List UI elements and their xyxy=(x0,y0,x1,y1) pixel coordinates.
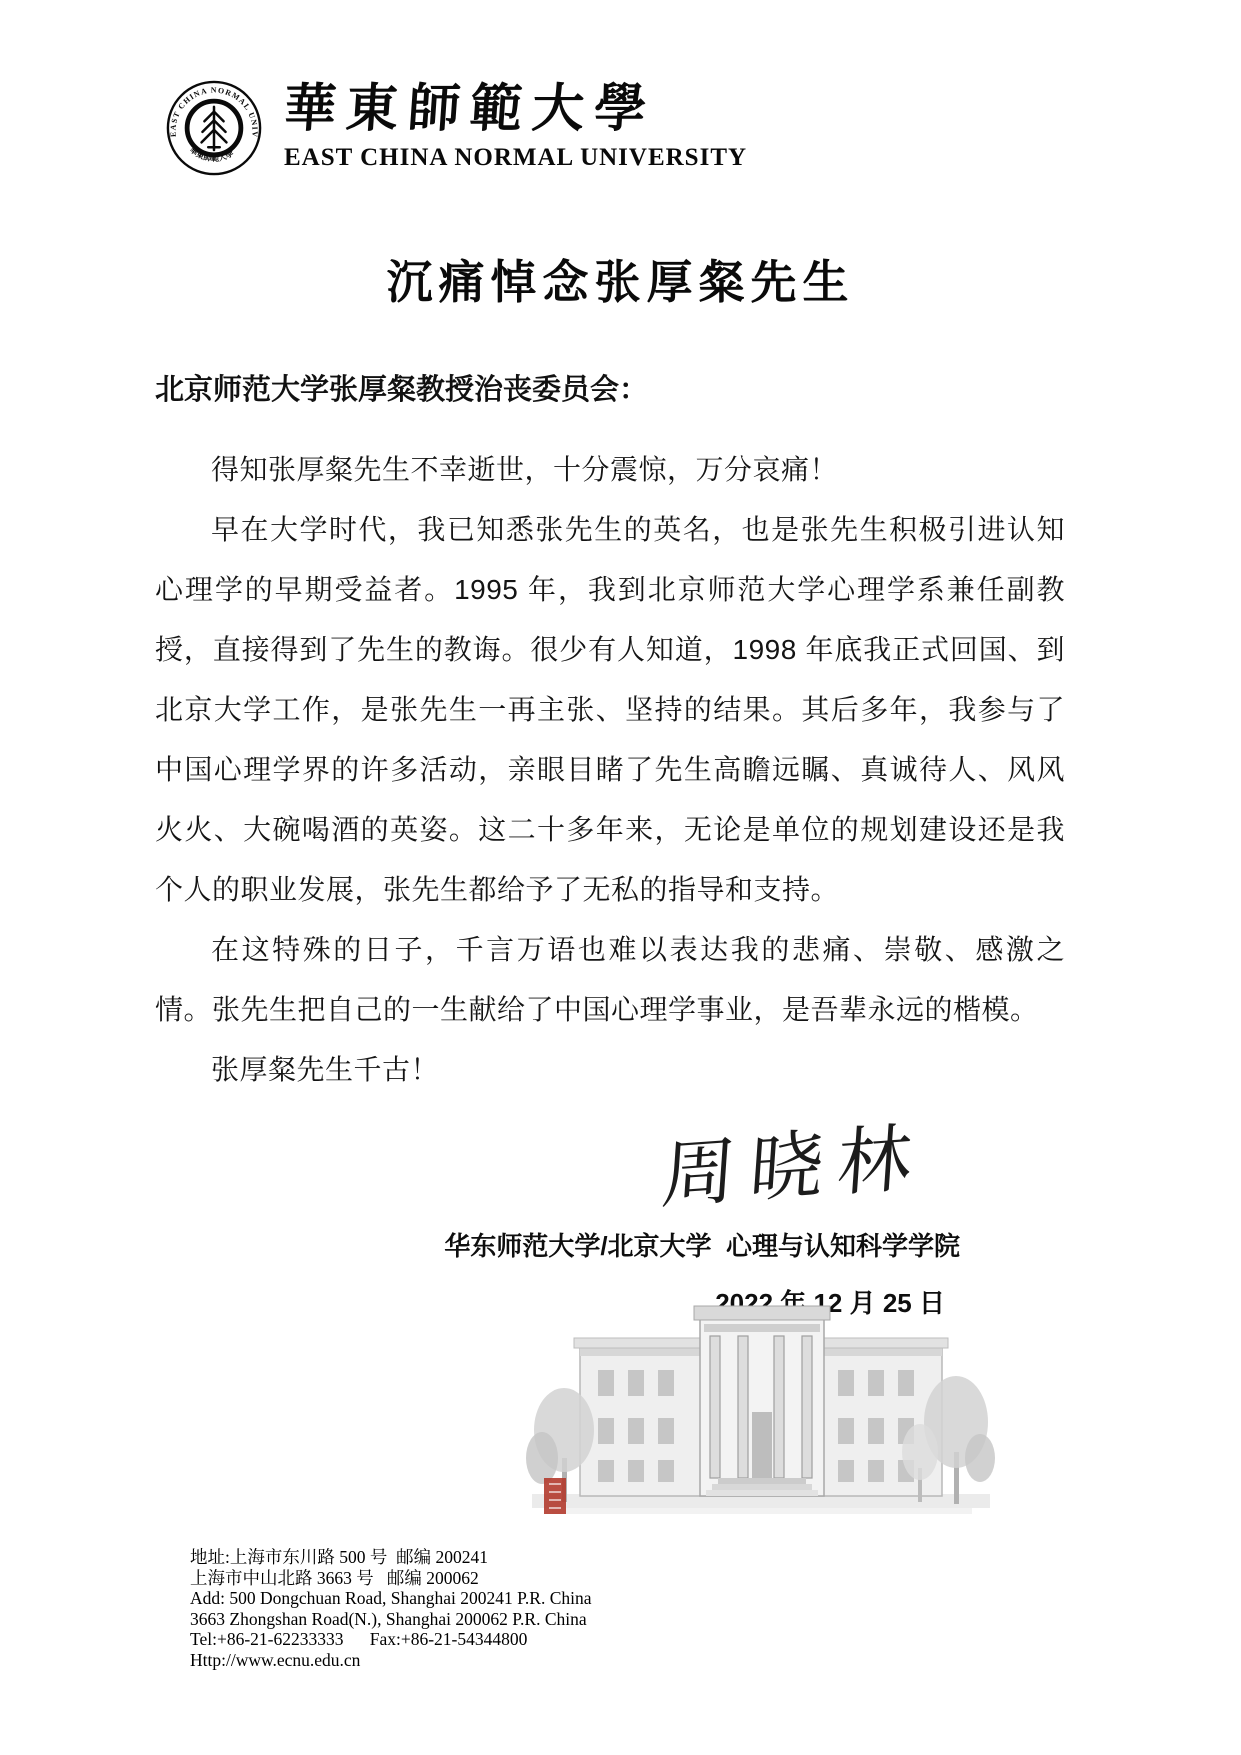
letter-body: 北京师范大学张厚粲教授治丧委员会： 得知张厚粲先生不幸逝世，十分震惊，万分哀痛！… xyxy=(155,370,1065,1100)
red-seal-stamp xyxy=(544,1478,566,1514)
university-name-english: EAST CHINA NORMAL UNIVERSITY xyxy=(284,144,747,172)
letter-paragraph: 张厚粲先生千古！ xyxy=(155,1040,1065,1100)
footer-address-block: 地址:上海市东川路 500 号 邮编 200241 上海市中山北路 3663 号… xyxy=(190,1547,592,1670)
university-header: EAST CHINA NORMAL UNIVERSITY 華東師範大學 華東師範… xyxy=(166,80,747,176)
footer-line: Add: 500 Dongchuan Road, Shanghai 200241… xyxy=(190,1588,592,1609)
footer-line: 上海市中山北路 3663 号 邮编 200062 xyxy=(190,1568,592,1589)
footer-line footer-url: Http://www.ecnu.edu.cn xyxy=(190,1650,592,1671)
footer-line: 3663 Zhongshan Road(N.), Shanghai 200062… xyxy=(190,1609,592,1630)
letter-paragraph: 得知张厚粲先生不幸逝世，十分震惊，万分哀痛！ xyxy=(155,440,1065,500)
letter-salutation: 北京师范大学张厚粲教授治丧委员会： xyxy=(155,370,1065,410)
university-name-calligraphy: 華東師範大學 xyxy=(282,80,749,140)
signature-attribution: 华东师范大学/北京大学 心理与认知科学学院 xyxy=(444,1226,960,1263)
handwritten-signature: 周晓林 xyxy=(659,1098,930,1223)
footer-line: 地址:上海市东川路 500 号 邮编 200241 xyxy=(190,1547,592,1568)
letter-paragraph: 在这特殊的日子，千言万语也难以表达我的悲痛、崇敬、感激之情。张先生把自己的一生献… xyxy=(155,920,1065,1040)
letter-page: EAST CHINA NORMAL UNIVERSITY 華東師範大學 華東師範… xyxy=(0,0,1241,1755)
ecnu-seal-icon: EAST CHINA NORMAL UNIVERSITY 華東師範大學 xyxy=(166,80,262,176)
letter-paragraph: 早在大学时代，我已知悉张先生的英名，也是张先生积极引进认知心理学的早期受益者。1… xyxy=(155,500,1065,920)
building-illustration-icon xyxy=(522,1262,1000,1552)
footer-line: Tel:+86-21-62233333 Fax:+86-21-54344800 xyxy=(190,1629,592,1650)
letter-title: 沉痛悼念张厚粲先生 xyxy=(0,246,1241,312)
university-name-block: 華東師範大學 EAST CHINA NORMAL UNIVERSITY xyxy=(284,80,747,172)
